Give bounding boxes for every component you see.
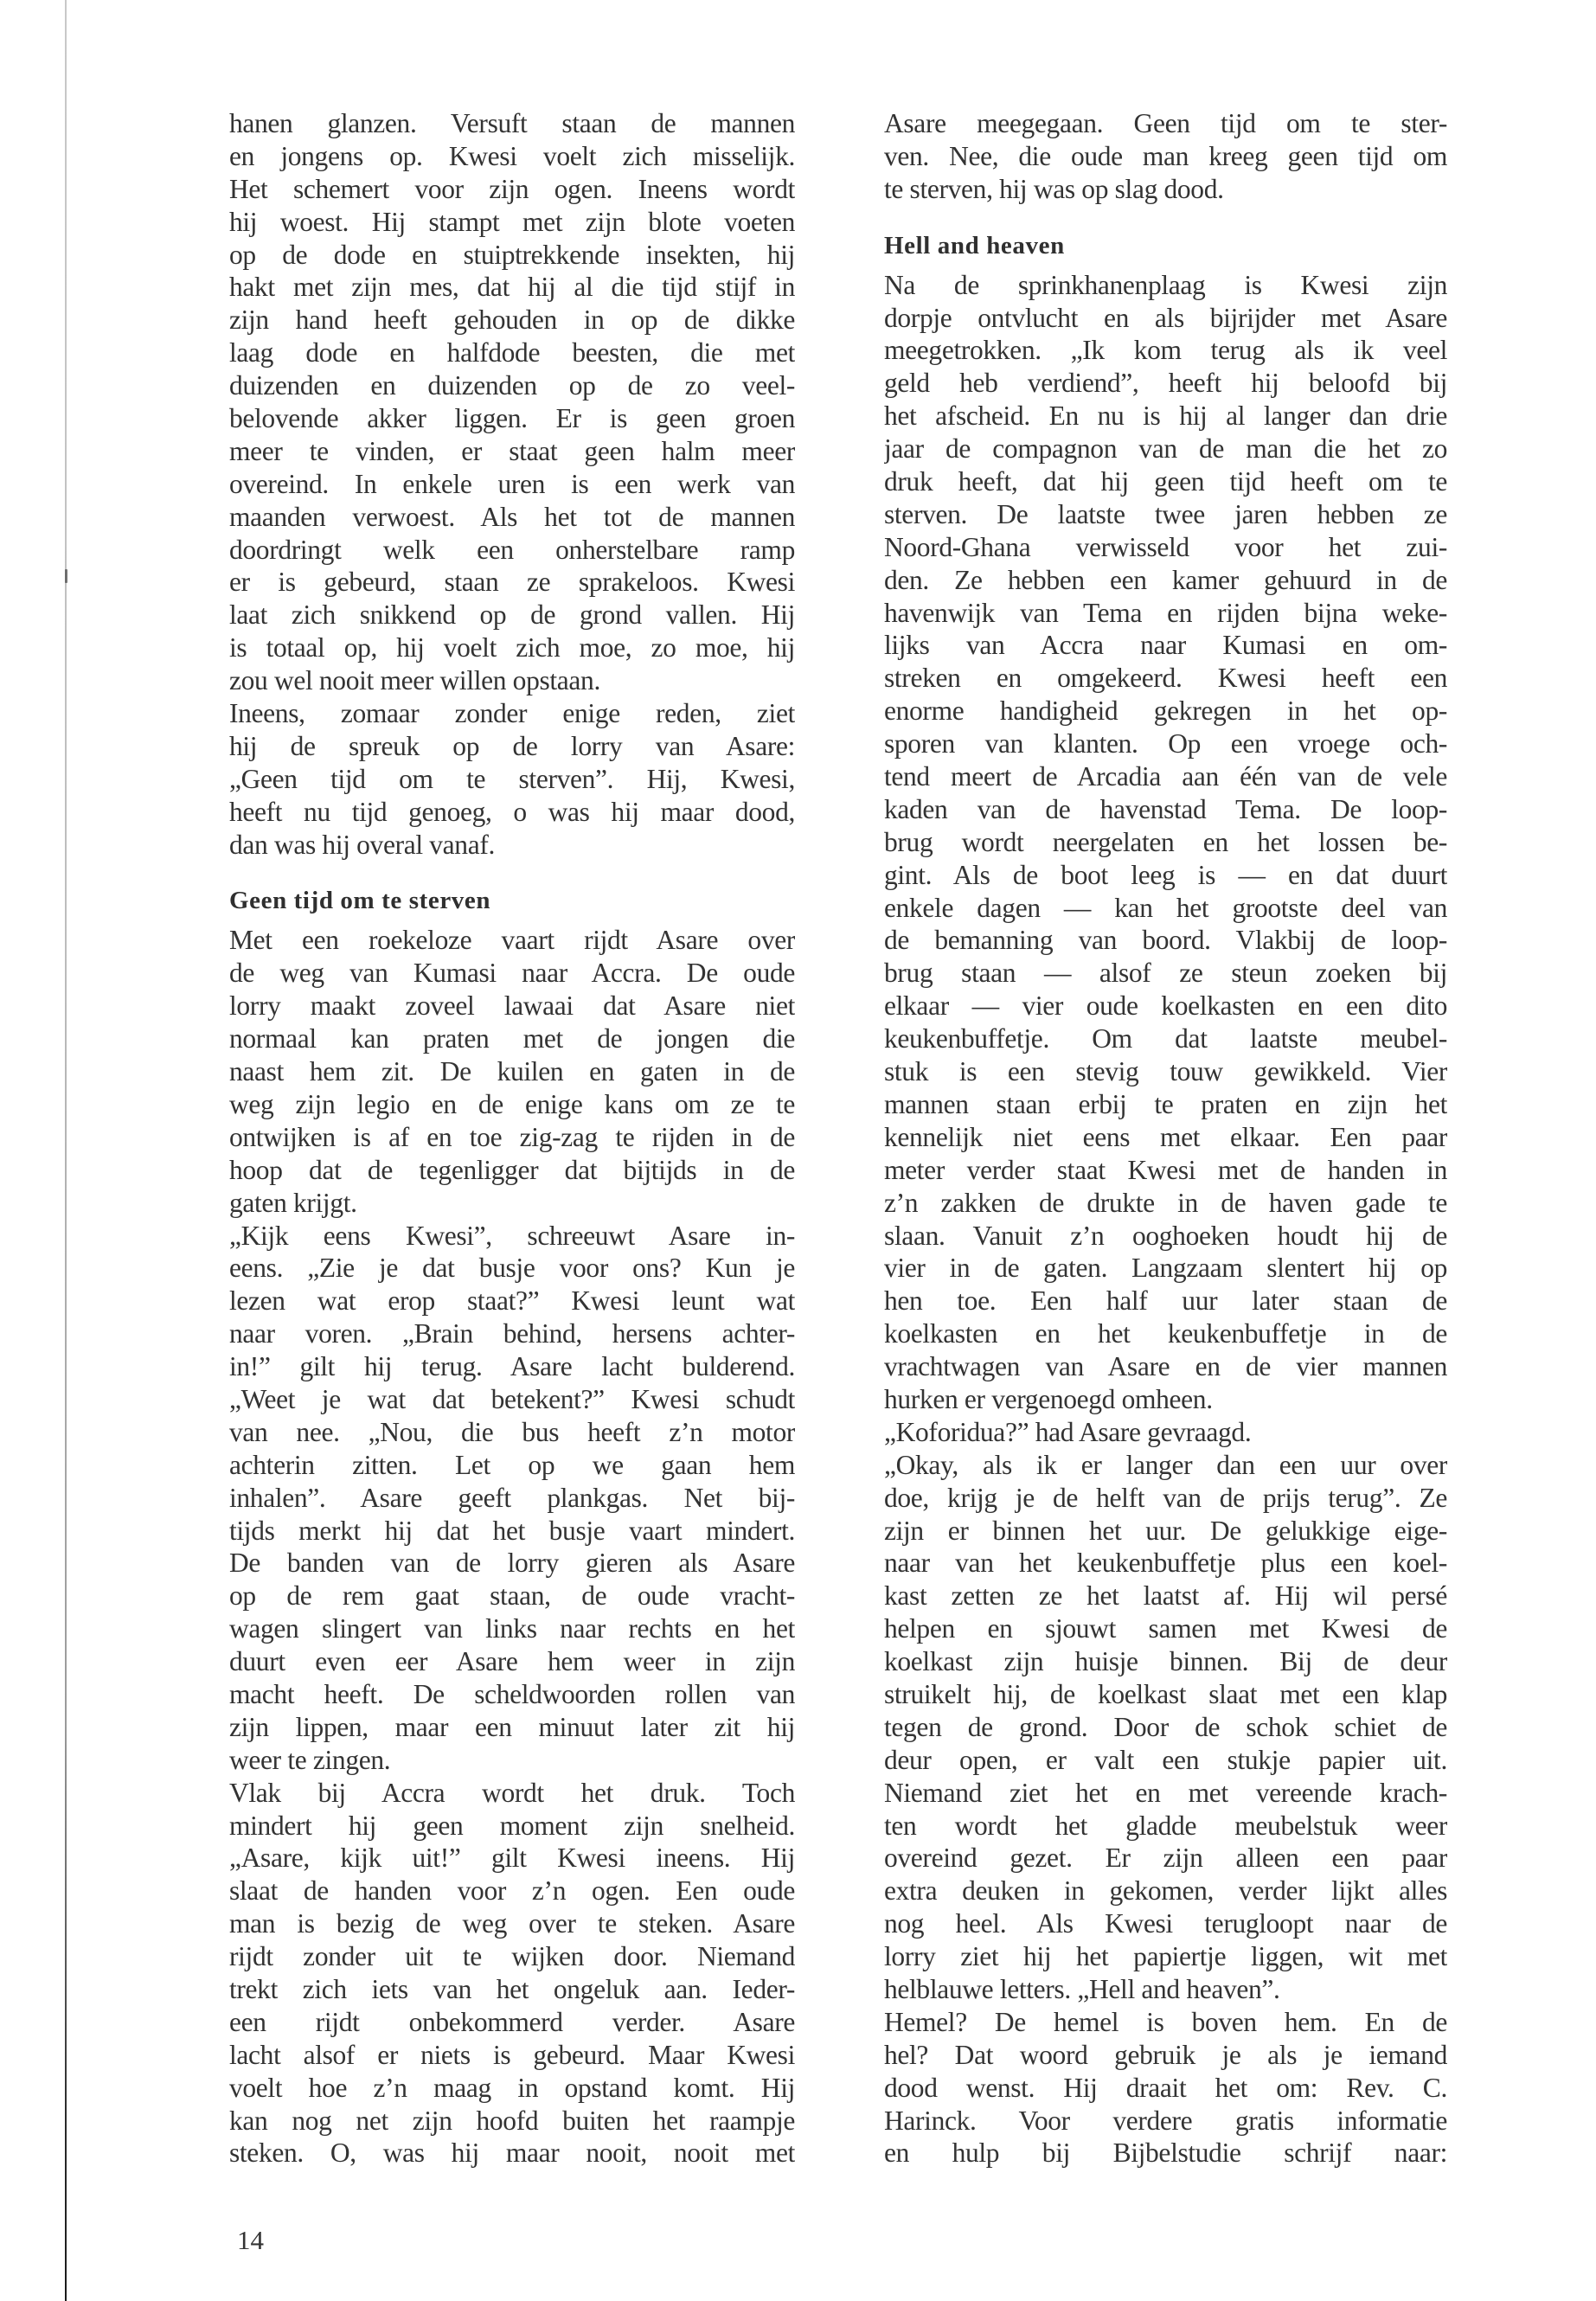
text-line: inhalen”. Asare geeft plankgas. Net bij- <box>229 1482 795 1515</box>
paragraph: Vlak bij Accra wordt het druk. Tochminde… <box>229 1777 795 2170</box>
text-line: Asare meegegaan. Geen tijd om te ster- <box>884 107 1447 140</box>
section-heading: Hell and heaven <box>884 229 1447 262</box>
text-line: meegetrokken. „Ik kom terug als ik veel <box>884 334 1447 367</box>
text-line: helpen en sjouwt samen met Kwesi de <box>884 1612 1447 1645</box>
paragraph: Met een roekeloze vaart rijdt Asare over… <box>229 924 795 1219</box>
text-line: hakt met zijn mes, dat hij al die tijd s… <box>229 271 795 304</box>
text-line: tend meert de Arcadia aan één van de vel… <box>884 760 1447 793</box>
text-line: extra deuken in gekomen, verder lijkt al… <box>884 1875 1447 1907</box>
text-line: havenwijk van Tema en rijden bijna weke- <box>884 597 1447 630</box>
text-line: en hulp bij Bijbelstudie schrijf naar: <box>884 2137 1447 2170</box>
text-line: naar van het keukenbuffetje plus een koe… <box>884 1547 1447 1580</box>
text-line: rijdt zonder uit te wijken door. Niemand <box>229 1940 795 1973</box>
text-line: dan was hij overal vanaf. <box>229 829 795 862</box>
text-line: en jongens op. Kwesi voelt zich misselij… <box>229 140 795 173</box>
text-line: duurt even eer Asare hem weer in zijn <box>229 1645 795 1678</box>
text-line: heeft nu tijd genoeg, o was hij maar doo… <box>229 796 795 829</box>
text-line: zou wel nooit meer willen opstaan. <box>229 664 795 697</box>
paragraph: Asare meegegaan. Geen tijd om te ster-ve… <box>884 107 1447 206</box>
text-line: Harinck. Voor verdere gratis informatie <box>884 2105 1447 2138</box>
text-line: stuk is een stevig touw gewikkeld. Vier <box>884 1055 1447 1088</box>
text-line: overeind. In enkele uren is een werk van <box>229 468 795 501</box>
text-line: dood wenst. Hij draait het om: Rev. C. <box>884 2072 1447 2105</box>
text-line: „Okay, als ik er langer dan een uur over <box>884 1449 1447 1482</box>
text-line: streken en omgekeerd. Kwesi heeft een <box>884 662 1447 695</box>
text-line: kennelijk niet eens met elkaar. Een paar <box>884 1121 1447 1154</box>
text-line: den. Ze hebben een kamer gehuurd in de <box>884 564 1447 597</box>
text-line: Niemand ziet het en met vereende krach- <box>884 1777 1447 1810</box>
paragraph: „Koforidua?” had Asare gevraagd. <box>884 1416 1447 1449</box>
paragraph: „Okay, als ik er langer dan een uur over… <box>884 1449 1447 2006</box>
text-line: naast hem zit. De kuilen en gaten in de <box>229 1055 795 1088</box>
text-line: „Kijk eens Kwesi”, schreeuwt Asare in- <box>229 1220 795 1253</box>
text-line: eens. „Zie je dat busje voor ons? Kun je <box>229 1252 795 1285</box>
text-line: van nee. „Nou, die bus heeft z’n motor <box>229 1416 795 1449</box>
paragraph: Ineens, zomaar zonder enige reden, zieth… <box>229 697 795 861</box>
text-line: enkele dagen — kan het grootste deel van <box>884 892 1447 925</box>
text-line: druk heeft, dat hij geen tijd heeft om t… <box>884 465 1447 498</box>
text-line: macht heeft. De scheldwoorden rollen van <box>229 1678 795 1711</box>
text-line: er is gebeurd, staan ze sprakeloos. Kwes… <box>229 566 795 599</box>
text-line: kaden van de havenstad Tema. De loop- <box>884 793 1447 826</box>
text-line: „Koforidua?” had Asare gevraagd. <box>884 1416 1447 1449</box>
paragraph: „Kijk eens Kwesi”, schreeuwt Asare in-ee… <box>229 1220 795 1777</box>
text-line: slaan. Vanuit z’n ooghoeken houdt hij de <box>884 1220 1447 1253</box>
text-line: meter verder staat Kwesi met de handen i… <box>884 1154 1447 1187</box>
text-line: vrachtwagen van Asare en de vier mannen <box>884 1350 1447 1383</box>
text-line: het afscheid. En nu is hij al langer dan… <box>884 400 1447 433</box>
text-line: hoop dat de tegenligger dat bijtijds in … <box>229 1154 795 1187</box>
text-line: helblauwe letters. „Hell and heaven”. <box>884 1973 1447 2006</box>
text-line: belovende akker liggen. Er is geen groen <box>229 402 795 435</box>
text-line: hurken er vergenoegd omheen. <box>884 1383 1447 1416</box>
text-line: Noord-Ghana verwisseld voor het zui- <box>884 531 1447 564</box>
text-line: trekt zich iets van het ongeluk aan. Ied… <box>229 1973 795 2006</box>
text-line: tegen de grond. Door de schok schiet de <box>884 1711 1447 1744</box>
text-line: op de dode en stuiptrekkende insekten, h… <box>229 239 795 272</box>
text-line: hen toe. Een half uur later staan de <box>884 1285 1447 1317</box>
text-line: struikelt hij, de koelkast slaat met een… <box>884 1678 1447 1711</box>
text-line: slaat de handen voor z’n ogen. Een oude <box>229 1875 795 1907</box>
text-line: overeind gezet. Er zijn alleen een paar <box>884 1842 1447 1875</box>
text-line: hanen glanzen. Versuft staan de mannen <box>229 107 795 140</box>
text-line: koelkasten en het keukenbuffetje in de <box>884 1317 1447 1350</box>
text-line: hij woest. Hij stampt met zijn blote voe… <box>229 206 795 239</box>
text-line: Ineens, zomaar zonder enige reden, ziet <box>229 697 795 730</box>
section-heading: Geen tijd om te sterven <box>229 884 795 917</box>
text-line: hel? Dat woord gebruik je als je iemand <box>884 2039 1447 2072</box>
text-line: op de rem gaat staan, de oude vracht- <box>229 1580 795 1612</box>
paragraph: Hemel? De hemel is boven hem. En dehel? … <box>884 2006 1447 2170</box>
text-line: nog heel. Als Kwesi terugloopt naar de <box>884 1907 1447 1940</box>
text-line: vier in de gaten. Langzaam slentert hij … <box>884 1252 1447 1285</box>
text-line: lorry ziet hij het papiertje liggen, wit… <box>884 1940 1447 1973</box>
text-line: man is bezig de weg over te steken. Asar… <box>229 1907 795 1940</box>
text-line: tijds merkt hij dat het busje vaart mind… <box>229 1515 795 1548</box>
text-line: kan nog net zijn hoofd buiten het raampj… <box>229 2105 795 2138</box>
text-line: te sterven, hij was op slag dood. <box>884 173 1447 206</box>
text-line: normaal kan praten met de jongen die <box>229 1022 795 1055</box>
text-line: „Asare, kijk uit!” gilt Kwesi ineens. Hi… <box>229 1842 795 1875</box>
text-line: in!” gilt hij terug. Asare lacht buldere… <box>229 1350 795 1383</box>
text-line: ten wordt het gladde meubelstuk weer <box>884 1810 1447 1843</box>
text-line: dorpje ontvlucht en als bijrijder met As… <box>884 302 1447 335</box>
text-line: koelkast zijn huisje binnen. Bij de deur <box>884 1645 1447 1678</box>
text-line: steken. O, was hij maar nooit, nooit met <box>229 2137 795 2170</box>
text-line: Na de sprinkhanenplaag is Kwesi zijn <box>884 269 1447 302</box>
text-line: zijn lippen, maar een minuut later zit h… <box>229 1711 795 1744</box>
text-line: jaar de compagnon van de man die het zo <box>884 433 1447 465</box>
text-line: doordringt welk een onherstelbare ramp <box>229 534 795 567</box>
text-line: meer te vinden, er staat geen halm meer <box>229 435 795 468</box>
text-line: Hemel? De hemel is boven hem. En de <box>884 2006 1447 2039</box>
text-line: een rijdt onbekommerd verder. Asare <box>229 2006 795 2039</box>
text-line: sporen van klanten. Op een vroege och- <box>884 727 1447 760</box>
text-line: „Weet je wat dat betekent?” Kwesi schudt <box>229 1383 795 1416</box>
text-line: is totaal op, hij voelt zich moe, zo moe… <box>229 631 795 664</box>
text-line: zijn hand heeft gehouden in op de dikke <box>229 304 795 336</box>
text-line: lijks van Accra naar Kumasi en om- <box>884 629 1447 662</box>
text-line: mannen staan erbij te praten en zijn het <box>884 1088 1447 1121</box>
text-line: kast zetten ze het laatst af. Hij wil pe… <box>884 1580 1447 1612</box>
paragraph: Na de sprinkhanenplaag is Kwesi zijndorp… <box>884 269 1447 1416</box>
text-line: brug wordt neergelaten en het lossen be- <box>884 826 1447 859</box>
text-line: zijn er binnen het uur. De gelukkige eig… <box>884 1515 1447 1548</box>
right-text-column: Asare meegegaan. Geen tijd om te ster-ve… <box>884 107 1447 2170</box>
text-line: keukenbuffetje. Om dat laatste meubel- <box>884 1022 1447 1055</box>
text-line: gaten krijgt. <box>229 1187 795 1220</box>
text-line: laag dode en halfdode beesten, die met <box>229 336 795 369</box>
text-line: ven. Nee, die oude man kreeg geen tijd o… <box>884 140 1447 173</box>
text-line: elkaar — vier oude koelkasten en een dit… <box>884 990 1447 1022</box>
text-line: z’n zakken de drukte in de haven gade te <box>884 1187 1447 1220</box>
text-line: Vlak bij Accra wordt het druk. Toch <box>229 1777 795 1810</box>
text-line: De banden van de lorry gieren als Asare <box>229 1547 795 1580</box>
text-line: naar voren. „Brain behind, hersens achte… <box>229 1317 795 1350</box>
text-line: weer te zingen. <box>229 1744 795 1777</box>
text-line: lezen wat erop staat?” Kwesi leunt wat <box>229 1285 795 1317</box>
text-line: maanden verwoest. Als het tot de mannen <box>229 501 795 534</box>
text-line: sterven. De laatste twee jaren hebben ze <box>884 498 1447 531</box>
text-line: mindert hij geen moment zijn snelheid. <box>229 1810 795 1843</box>
text-line: deur open, er valt een stukje papier uit… <box>884 1744 1447 1777</box>
text-line: voelt hoe z’n maag in opstand komt. Hij <box>229 2072 795 2105</box>
text-line: wagen slingert van links naar rechts en … <box>229 1612 795 1645</box>
text-line: hij de spreuk op de lorry van Asare: <box>229 730 795 763</box>
text-line: de bemanning van boord. Vlakbij de loop- <box>884 924 1447 957</box>
text-line: lorry maakt zoveel lawaai dat Asare niet <box>229 990 795 1022</box>
text-line: laat zich snikkend op de grond vallen. H… <box>229 599 795 631</box>
text-line: brug staan — alsof ze steun zoeken bij <box>884 957 1447 990</box>
text-line: „Geen tijd om te sterven”. Hij, Kwesi, <box>229 763 795 796</box>
text-line: duizenden en duizenden op de zo veel- <box>229 369 795 402</box>
page-binding-edge-line <box>65 0 67 2301</box>
text-line: weg zijn legio en de enige kans om ze te <box>229 1088 795 1121</box>
text-line: Het schemert voor zijn ogen. Ineens word… <box>229 173 795 206</box>
text-line: Met een roekeloze vaart rijdt Asare over <box>229 924 795 957</box>
text-line: lacht alsof er niets is gebeurd. Maar Kw… <box>229 2039 795 2072</box>
text-line: de weg van Kumasi naar Accra. De oude <box>229 957 795 990</box>
text-line: enorme handigheid gekregen in het op- <box>884 695 1447 727</box>
left-text-column: hanen glanzen. Versuft staan de mannenen… <box>229 107 795 2170</box>
text-line: ontwijken is af en toe zig-zag te rijden… <box>229 1121 795 1154</box>
page-number: 14 <box>237 2225 264 2256</box>
text-line: gint. Als de boot leeg is — en dat duurt <box>884 859 1447 892</box>
scan-artifact-mark <box>65 569 67 583</box>
text-line: achterin zitten. Let op we gaan hem <box>229 1449 795 1482</box>
text-line: geld heb verdiend”, heeft hij beloofd bi… <box>884 367 1447 400</box>
paragraph: hanen glanzen. Versuft staan de mannenen… <box>229 107 795 697</box>
text-line: doe, krijg je de helft van de prijs teru… <box>884 1482 1447 1515</box>
